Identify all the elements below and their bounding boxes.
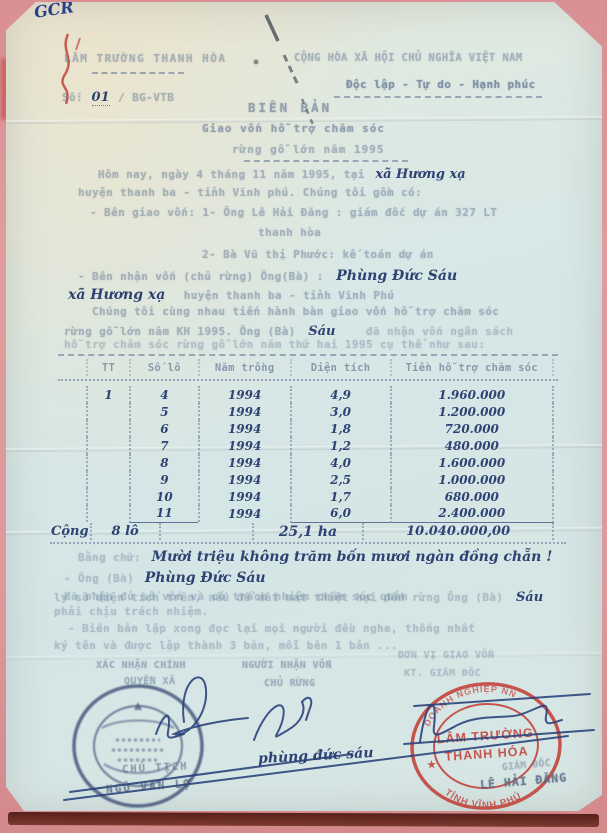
table-bottom-separator xyxy=(50,542,566,544)
col-header-tt: TT xyxy=(86,359,129,376)
cell-tt xyxy=(86,488,129,505)
table-row: 7 1994 1,2 480.000 xyxy=(86,437,554,454)
closing-line-2a: lý số diện tích trên, nếu để mất mát thi… xyxy=(54,591,503,604)
amount-in-words: Bằng chữ: Mười triệu không trăm bốn mươi… xyxy=(78,548,552,566)
cell-lot: 10 xyxy=(129,488,198,505)
cell-tt xyxy=(86,437,129,454)
table-row: 8 1994 4,0 1.600.000 xyxy=(86,454,554,471)
recipient-name-handwritten: Phùng Đức Sáu xyxy=(336,268,457,284)
body-line-6: - Bên nhận vốn (chủ rừng) Ông(Bà) : Phùn… xyxy=(78,267,457,285)
table-row: 1 4 1994 4,9 1.960.000 xyxy=(86,386,554,403)
body-line-8: Chúng tôi cùng nhau tiến hành bàn giao v… xyxy=(92,305,499,318)
col-header-area: Diện tích xyxy=(290,359,390,376)
table-row: 9 1994 2,5 1.000.000 xyxy=(86,471,554,488)
cell-area: 2,5 xyxy=(290,471,390,488)
body-line-9-handwritten: Sáu xyxy=(308,324,335,339)
paper-sheet: GCR LÂM TRƯỜNG THANH HÒA CỘNG HÒA XÃ HỘI… xyxy=(6,2,602,811)
body-line-7: xã Hương xạ huyện thanh ba - tỉnh Vĩnh P… xyxy=(68,286,394,304)
body-line-9a: rừng gỗ lớn năm KH 1995. Ông (Bà) xyxy=(64,325,296,338)
cell-amount: 1.200.000 xyxy=(390,403,554,420)
signatures-ink xyxy=(6,642,602,822)
bottom-table-edge xyxy=(8,812,599,827)
closing-line-2: lý số diện tích trên, nếu để mất mát thi… xyxy=(54,588,543,606)
table-header-row: TT Số lô Năm trồng Diện tích Tiền hỗ trợ… xyxy=(86,359,554,376)
cell-lot: 5 xyxy=(129,403,198,420)
doc-number-value: 01 xyxy=(92,90,110,106)
org-underline xyxy=(92,72,184,74)
body-line-5: 2- Bà Vũ thị Phước: kế toán dự án xyxy=(202,248,434,261)
table-row: 10 1994 1,7 680.000 xyxy=(86,488,554,505)
cell-amount: 680.000 xyxy=(390,488,554,505)
cell-tt: 1 xyxy=(86,386,129,403)
cell-lot: 11 xyxy=(129,505,198,523)
table-row: 5 1994 3,0 1.200.000 xyxy=(86,403,554,420)
table-header-separator xyxy=(58,379,558,381)
dark-ink-streaks xyxy=(226,7,336,137)
body-line-7-handwritten: xã Hương xạ xyxy=(68,287,165,303)
col-header-lot: Số lô xyxy=(129,359,198,376)
table-row: 11 1994 6,0 2.400.000 xyxy=(86,505,554,522)
body-line-10: hỗ trợ chăm sóc rừng gỗ lớn năm thứ hai … xyxy=(64,338,485,351)
col-header-year: Năm trồng xyxy=(198,359,290,376)
cell-tt xyxy=(86,403,129,420)
national-motto-line1: CỘNG HÒA XÃ HỘI CHỦ NGHĨA VIỆT NAM xyxy=(294,52,523,64)
doc-subtitle-2: rừng gỗ lớn năm 1995 xyxy=(232,143,384,156)
amount-in-words-handwritten: Mười triệu không trăm bốn mươi ngàn đồng… xyxy=(152,549,553,565)
cell-amount: 720.000 xyxy=(390,420,554,437)
doc-title: BIÊN BẢN xyxy=(248,100,332,115)
body-line-3: - Bên giao vốn: 1- Ông Lê Hải Đăng : giá… xyxy=(90,206,497,219)
table-row: 6 1994 1,8 720.000 xyxy=(86,420,554,437)
motto-underline xyxy=(334,96,542,98)
total-lots: 8 lô xyxy=(90,523,159,540)
closing-line-3: phải chịu trách nhiệm. xyxy=(54,605,209,618)
cell-year: 1994 xyxy=(198,437,290,454)
corner-note: GCR xyxy=(33,0,75,22)
body-line-6-typed: - Bên nhận vốn (chủ rừng) Ông(Bà) : xyxy=(78,270,324,283)
cell-year: 1994 xyxy=(198,403,290,420)
closing-line-4: - Biên bản lập xong đọc lại mọi người đề… xyxy=(68,622,475,635)
cell-tt xyxy=(86,471,129,488)
body-line-7-typed: huyện thanh ba - tỉnh Vĩnh Phú xyxy=(184,289,395,302)
cell-area: 3,0 xyxy=(290,403,390,420)
cell-year: 1994 xyxy=(198,505,290,522)
cell-area: 1,2 xyxy=(290,437,390,454)
cell-tt xyxy=(86,454,129,471)
cell-amount: 2.400.000 xyxy=(390,505,554,523)
cell-amount: 1.960.000 xyxy=(390,386,554,403)
cell-lot: 8 xyxy=(129,454,198,471)
cell-tt xyxy=(86,420,129,437)
cell-area: 1,7 xyxy=(290,488,390,505)
closing-line-2-handwritten: Sáu xyxy=(516,590,543,605)
amount-in-words-label: Bằng chữ: xyxy=(78,551,141,564)
org-name: LÂM TRƯỜNG THANH HÒA xyxy=(64,52,226,65)
cell-lot: 9 xyxy=(129,471,198,488)
total-blank xyxy=(159,523,252,540)
table-total-row: Cộng 8 lô 25,1 ha 10.040.000,00 xyxy=(50,523,554,540)
cell-year: 1994 xyxy=(198,420,290,437)
cell-year: 1994 xyxy=(198,488,290,505)
total-label: Cộng xyxy=(50,524,90,539)
doc-subtitle-1: Giao vốn hỗ trợ chăm sóc xyxy=(202,122,385,135)
body-line-2: huyện thanh ba - tỉnh Vĩnh phú. Chúng tô… xyxy=(78,186,422,199)
cell-lot: 7 xyxy=(129,437,198,454)
col-header-amount: Tiền hỗ trợ chăm sóc xyxy=(390,359,554,376)
cell-amount: 1.000.000 xyxy=(390,471,554,488)
body-line-1-handwritten: xã Hương xạ xyxy=(375,167,465,182)
closing-line-1-handwritten: Phùng Đức Sáu xyxy=(145,570,266,586)
cell-area: 4,0 xyxy=(290,454,390,471)
body-line-1: Hôm nay, ngày 4 tháng 11 năm 1995, tại x… xyxy=(98,165,466,183)
table-top-separator xyxy=(58,354,558,356)
body-line-9b: đã nhận vốn ngân sách xyxy=(366,325,513,338)
scanned-document-photo: GCR LÂM TRƯỜNG THANH HÒA CỘNG HÒA XÃ HỘI… xyxy=(0,0,607,833)
cell-lot: 4 xyxy=(129,386,198,403)
cell-area: 6,0 xyxy=(290,505,390,523)
cell-area: 1,8 xyxy=(290,420,390,437)
national-motto-line2: Độc lập - Tự do - Hạnh phúc xyxy=(346,78,536,91)
cell-amount: 480.000 xyxy=(390,437,554,454)
doc-number-line: Số: 01 / BG-VTB xyxy=(62,88,174,106)
total-amount: 10.040.000,00 xyxy=(362,523,554,540)
cell-lot: 6 xyxy=(129,420,198,437)
total-area: 25,1 ha xyxy=(252,523,363,540)
cell-year: 1994 xyxy=(198,471,290,488)
cell-year: 1994 xyxy=(198,454,290,471)
closing-line-1a: - Ông (Bà) xyxy=(64,572,134,585)
body-line-1-typed: Hôm nay, ngày 4 tháng 11 năm 1995, tại xyxy=(98,168,365,181)
cell-amount: 1.600.000 xyxy=(390,454,554,471)
cell-tt xyxy=(86,505,129,522)
subtitle-underline xyxy=(244,160,408,162)
cell-area: 4,9 xyxy=(290,386,390,403)
cell-year: 1994 xyxy=(198,386,290,403)
doc-number-suffix: / BG-VTB xyxy=(118,91,174,104)
doc-number-label: Số: xyxy=(62,91,83,104)
body-line-4: thanh hòa xyxy=(258,226,321,239)
